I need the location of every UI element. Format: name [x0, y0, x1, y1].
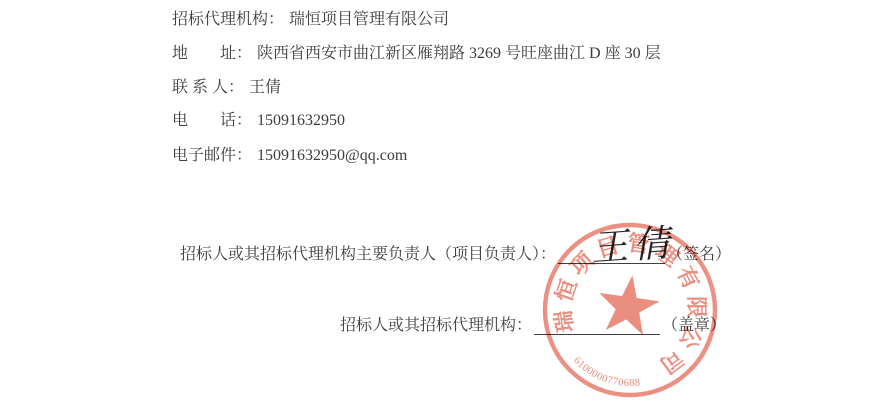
email-row: 电子邮件：15091632950@qq.com — [172, 145, 407, 166]
seal-star-icon — [594, 271, 662, 337]
phone-row: 电 话：15091632950 — [172, 110, 345, 131]
seal-serial-number: 6100000770688 — [571, 355, 641, 389]
email-value: 15091632950@qq.com — [257, 147, 407, 164]
contact-person-row: 联 系 人：王倩 — [172, 77, 281, 98]
phone-label: 电 话： — [172, 110, 252, 131]
email-label: 电子邮件： — [172, 145, 252, 166]
address-row: 地 址：陕西省西安市曲江新区雁翔路 3269 号旺座曲江 D 座 30 层 — [172, 43, 661, 64]
svg-text:6100000770688: 6100000770688 — [571, 355, 641, 389]
agency-info-row: 招标代理机构：瑞恒项目管理有限公司 — [172, 9, 449, 30]
address-value: 陕西省西安市曲江新区雁翔路 3269 号旺座曲江 D 座 30 层 — [257, 45, 661, 62]
agency-name-value: 瑞恒项目管理有限公司 — [289, 11, 449, 28]
principal-signature-prefix: 招标人或其招标代理机构主要负责人（项目负责人）： — [180, 246, 556, 263]
company-seal-stamp: 瑞恒项目管理有限公司 6100000770688 — [542, 222, 718, 398]
address-label: 地 址： — [172, 43, 252, 64]
agency-seal-prefix: 招标人或其招标代理机构： — [340, 317, 532, 334]
scanned-document-page: 招标代理机构：瑞恒项目管理有限公司 地 址：陕西省西安市曲江新区雁翔路 3269… — [0, 0, 895, 418]
agency-name-label: 招标代理机构： — [172, 9, 284, 30]
contact-person-label: 联 系 人： — [172, 77, 244, 98]
contact-person-value: 王倩 — [249, 79, 281, 96]
phone-value: 15091632950 — [257, 112, 345, 129]
